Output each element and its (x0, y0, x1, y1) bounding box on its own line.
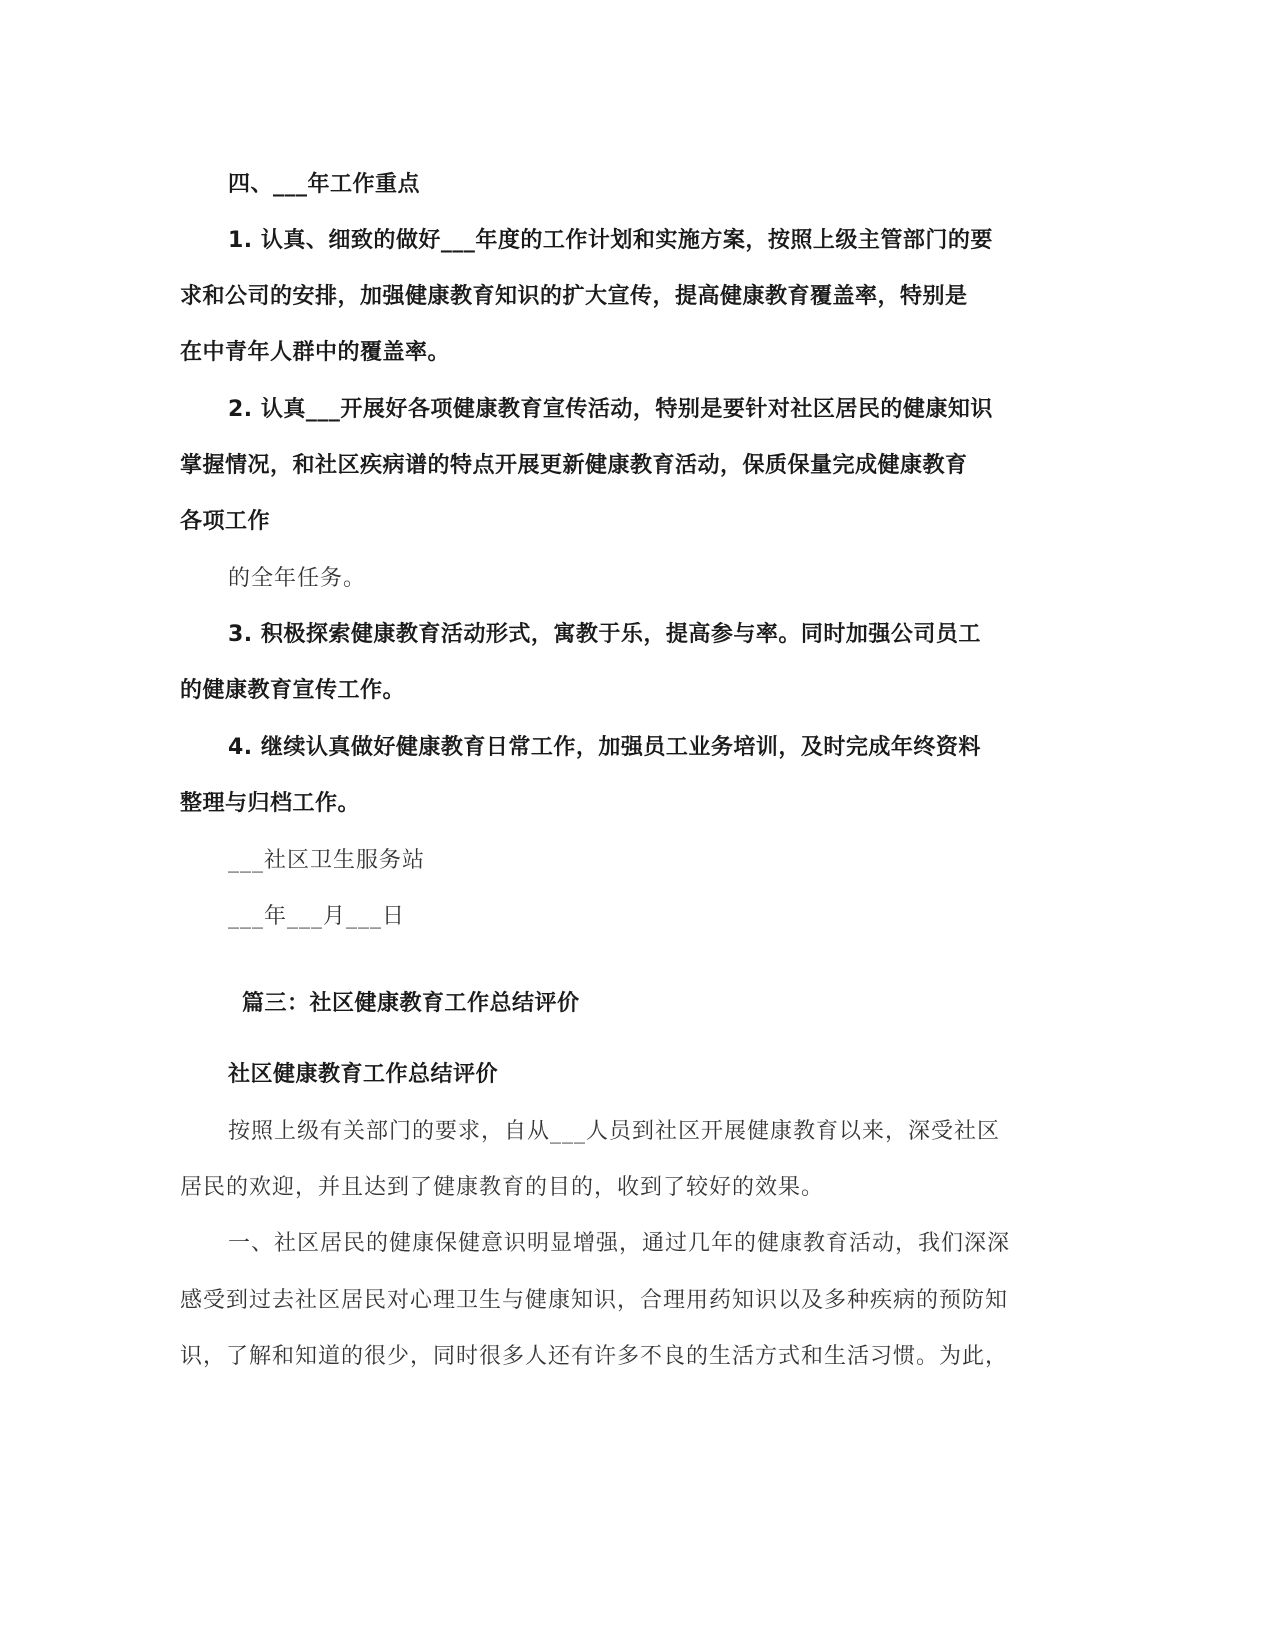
item-4-line-1: 4. 继续认真做好健康教育日常工作，加强员工业务培训，及时完成年终资料 (228, 733, 981, 763)
item-2-tail: 的全年任务。 (228, 564, 366, 594)
item-1-line-1: 1. 认真、细致的做好___年度的工作计划和实施方案，按照上级主管部门的要 (228, 226, 993, 256)
intro-line-1: 按照上级有关部门的要求，自从___人员到社区开展健康教育以来，深受社区 (228, 1117, 1000, 1147)
signature: ___社区卫生服务站 (228, 846, 425, 876)
item-3-line-1: 3. 积极探索健康教育活动形式，寓教于乐，提高参与率。同时加强公司员工 (228, 620, 981, 650)
intro-line-2: 居民的欢迎，并且达到了健康教育的目的，收到了较好的效果。 (180, 1173, 824, 1203)
signature-date: ___年___月___日 (228, 902, 405, 932)
point-1-line-1: 一、社区居民的健康保健意识明显增强，通过几年的健康教育活动，我们深深 (228, 1229, 1010, 1259)
section-title: 社区健康教育工作总结评价 (228, 1060, 498, 1090)
item-2-line-2: 掌握情况，和社区疾病谱的特点开展更新健康教育活动，保质保量完成健康教育 (180, 451, 968, 481)
item-1-line-3: 在中青年人群中的覆盖率。 (180, 338, 450, 368)
item-2-line-1: 2. 认真___开展好各项健康教育宣传活动，特别是要针对社区居民的健康知识 (228, 395, 993, 425)
section-heading: 四、___年工作重点 (228, 170, 420, 200)
item-4-line-2: 整理与归档工作。 (180, 789, 360, 819)
point-1-line-3: 识，了解和知道的很少，同时很多人还有许多不良的生活方式和生活习惯。为此， (180, 1342, 1008, 1372)
chapter-title: 篇三：社区健康教育工作总结评价 (242, 989, 580, 1019)
item-1-line-2: 求和公司的安排，加强健康教育知识的扩大宣传，提高健康教育覆盖率，特别是 (180, 282, 968, 312)
point-1-line-2: 感受到过去社区居民对心理卫生与健康知识，合理用药知识以及多种疾病的预防知 (180, 1286, 1008, 1316)
item-3-line-2: 的健康教育宣传工作。 (180, 676, 405, 706)
item-2-line-3: 各项工作 (180, 507, 270, 537)
